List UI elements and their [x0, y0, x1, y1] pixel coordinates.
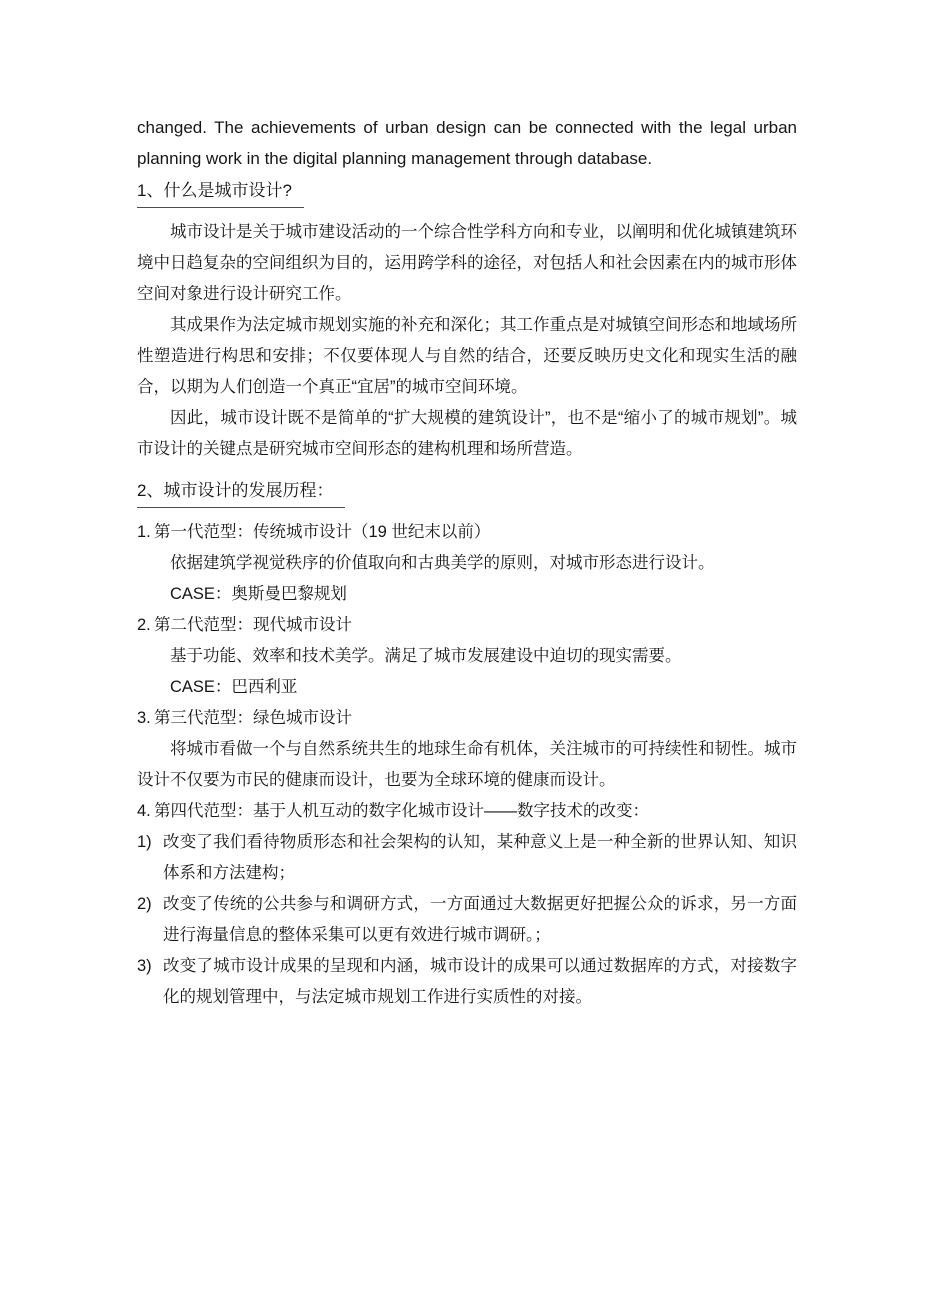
list-item-1-title: 第一代范型：传统城市设计（19 世纪末以前）	[154, 523, 490, 541]
section2-heading-text: 2、城市设计的发展历程：	[137, 475, 345, 508]
list-item-4-number: 4.	[137, 796, 151, 827]
section2-heading: 2、城市设计的发展历程：	[137, 475, 797, 508]
sub-list-item-1-number: 1)	[137, 827, 152, 858]
list-item-2-description: 基于功能、效率和技术美学。满足了城市发展建设中迫切的现实需要。	[137, 641, 797, 672]
document-page: changed. The achievements of urban desig…	[0, 0, 926, 1309]
list-item-1-number: 1.	[137, 517, 151, 548]
list-item-3: 3. 第三代范型：绿色城市设计	[137, 703, 797, 734]
list-item-3-title: 第三代范型：绿色城市设计	[154, 709, 352, 727]
sub-list-item-3-number: 3)	[137, 951, 152, 982]
sub-list-item-1-text: 改变了我们看待物质形态和社会架构的认知，某种意义上是一种全新的世界认知、知识体系…	[163, 833, 797, 882]
sub-list-item-3: 3) 改变了城市设计成果的呈现和内涵，城市设计的成果可以通过数据库的方式，对接数…	[137, 951, 797, 1013]
paragraph-definition: 城市设计是关于城市建设活动的一个综合性学科方向和专业，以阐明和优化城镇建筑环境中…	[137, 217, 797, 310]
list-item-1: 1. 第一代范型：传统城市设计（19 世纪末以前）	[137, 517, 797, 548]
sub-list-item-2: 2) 改变了传统的公共参与和调研方式，一方面通过大数据更好把握公众的诉求，另一方…	[137, 889, 797, 951]
list-item-3-description: 将城市看做一个与自然系统共生的地球生命有机体，关注城市的可持续性和韧性。城市设计…	[137, 734, 797, 796]
sub-list-item-2-text: 改变了传统的公共参与和调研方式，一方面通过大数据更好把握公众的诉求，另一方面进行…	[163, 895, 797, 944]
intro-paragraph-english: changed. The achievements of urban desig…	[137, 112, 797, 174]
list-item-4-title: 第四代范型：基于人机互动的数字化城市设计——数字技术的改变：	[154, 802, 649, 820]
list-item-1-case: CASE：奥斯曼巴黎规划	[137, 579, 797, 610]
list-item-4: 4. 第四代范型：基于人机互动的数字化城市设计——数字技术的改变：	[137, 796, 797, 827]
list-item-3-number: 3.	[137, 703, 151, 734]
sub-list-item-3-text: 改变了城市设计成果的呈现和内涵，城市设计的成果可以通过数据库的方式，对接数字化的…	[163, 957, 797, 1006]
sub-list-item-1: 1) 改变了我们看待物质形态和社会架构的认知，某种意义上是一种全新的世界认知、知…	[137, 827, 797, 889]
list-item-2-title: 第二代范型：现代城市设计	[154, 616, 352, 634]
paragraph-role-and-focus: 其成果作为法定城市规划实施的补充和深化；其工作重点是对城镇空间形态和地域场所性塑…	[137, 310, 797, 403]
list-item-1-description: 依据建筑学视觉秩序的价值取向和古典美学的原则，对城市形态进行设计。	[137, 548, 797, 579]
sub-list-item-2-number: 2)	[137, 889, 152, 920]
list-item-2: 2. 第二代范型：现代城市设计	[137, 610, 797, 641]
list-item-2-case: CASE：巴西利亚	[137, 672, 797, 703]
section1-heading: 1、什么是城市设计?	[137, 175, 797, 208]
section1-heading-text: 1、什么是城市设计?	[137, 175, 304, 208]
list-item-2-number: 2.	[137, 610, 151, 641]
development-stages-list: 1. 第一代范型：传统城市设计（19 世纪末以前） 依据建筑学视觉秩序的价值取向…	[137, 517, 797, 1013]
paragraph-key-point: 因此，城市设计既不是简单的“扩大规模的建筑设计”，也不是“缩小了的城市规划”。城…	[137, 403, 797, 465]
